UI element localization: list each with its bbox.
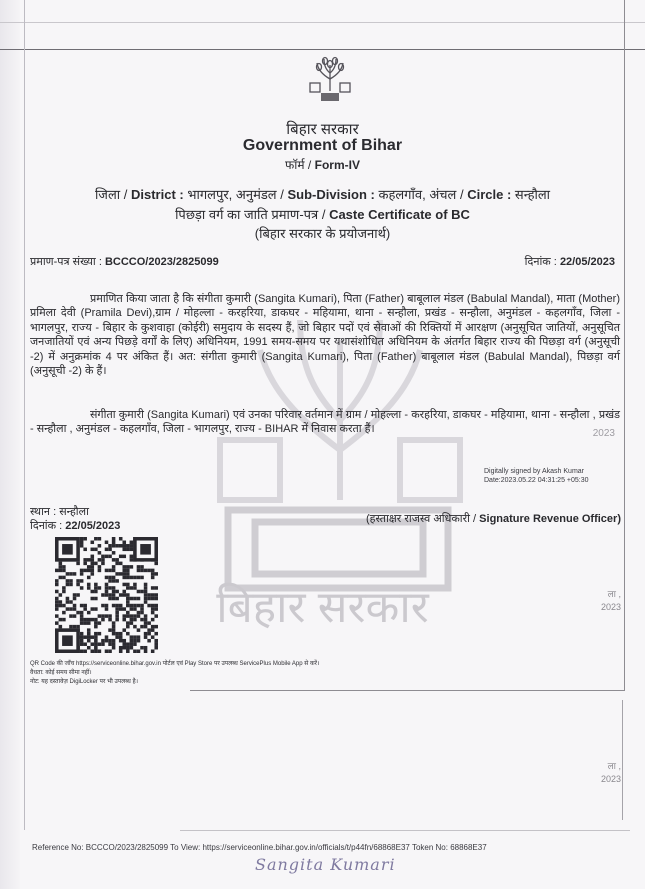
- certificate-body-paragraph: प्रमाणित किया जाता है कि संगीता कुमारी (…: [30, 292, 620, 378]
- sign-date-label: दिनांक :: [30, 520, 62, 532]
- subdivision-label: Sub-Division :: [287, 187, 374, 202]
- certificate-number-value: BCCCO/2023/2825099: [105, 256, 219, 268]
- form-label-hindi: फॉर्म /: [285, 158, 311, 172]
- fold-line: [190, 690, 625, 691]
- fold-line: [0, 22, 645, 23]
- place: स्थान : सन्हौला: [30, 504, 89, 519]
- district-label: District :: [131, 187, 184, 202]
- ghost-bleed-text: 2023: [593, 428, 615, 439]
- title-english: Government of Bihar: [0, 137, 645, 155]
- place-value: सन्हौला: [59, 506, 89, 518]
- issue-date-label: दिनांक :: [525, 256, 557, 268]
- ghost-year: 2023: [601, 601, 621, 614]
- certificate-title-hindi: पिछड़ा वर्ग का जाति प्रमाण-पत्र /: [175, 207, 325, 222]
- bihar-emblem-icon: [305, 55, 355, 105]
- certificate-title: पिछड़ा वर्ग का जाति प्रमाण-पत्र / Caste …: [0, 205, 645, 223]
- certificate-number: प्रमाण-पत्र संख्या : BCCCO/2023/2825099: [30, 254, 219, 269]
- circle-label: Circle :: [467, 187, 511, 202]
- signature-officer-hindi: (हस्ताक्षर राजस्व अधिकारी /: [366, 513, 476, 525]
- certificate-purpose: (बिहार सरकार के प्रयोजनार्थ): [0, 224, 645, 242]
- subdivision-label-hindi: अनुमंडल /: [236, 187, 284, 202]
- form-label: फॉर्म / Form-IV: [0, 156, 645, 173]
- ghost-year: 2023: [601, 773, 621, 786]
- page-border: [622, 700, 623, 820]
- qr-note-line: QR Code की जाँच https://serviceonline.bi…: [30, 660, 319, 669]
- issue-date-value: 22/05/2023: [560, 256, 615, 268]
- digilocker-note: नोट: यह दस्तावेज़ DigiLocker पर भी उपलब्…: [30, 678, 319, 687]
- digital-signature-block: Digitally signed by Akash Kumar Date:202…: [484, 467, 589, 485]
- sign-date-value: 22/05/2023: [65, 520, 120, 532]
- district-label-hindi: जिला /: [95, 187, 127, 202]
- ghost-bleed-text: ला , 2023: [601, 760, 621, 786]
- digital-signature-signer: Digitally signed by Akash Kumar: [484, 467, 589, 476]
- certificate-number-label: प्रमाण-पत्र संख्या :: [30, 256, 102, 268]
- handwritten-signature: Sangita Kumari: [255, 855, 396, 874]
- title-hindi: बिहार सरकार: [0, 119, 645, 139]
- fold-line: [180, 830, 630, 831]
- fold-line: [0, 49, 645, 50]
- ghost-text: ला ,: [601, 588, 621, 601]
- issue-date: दिनांक : 22/05/2023: [525, 254, 615, 269]
- validity-note: वैधता: कोई समय सीमा नहीं।: [30, 669, 319, 678]
- ghost-text: ला ,: [601, 760, 621, 773]
- circle-value: सन्हौला: [515, 187, 550, 202]
- ghost-bleed-text: ला , 2023: [601, 588, 621, 614]
- sign-date: दिनांक : 22/05/2023: [30, 518, 120, 533]
- digital-signature-date: Date:2023.05.22 04:31:25 +05:30: [484, 476, 589, 485]
- certificate-title-english: Caste Certificate of BC: [329, 207, 470, 222]
- form-label-english: Form-IV: [315, 158, 360, 172]
- circle-label-hindi: अंचल /: [429, 187, 463, 202]
- location-line: जिला / District : भागलपुर, अनुमंडल / Sub…: [0, 185, 645, 203]
- residence-paragraph: संगीता कुमारी (Sangita Kumari) एवं उनका …: [30, 408, 620, 437]
- qr-verification-note: QR Code की जाँच https://serviceonline.bi…: [30, 660, 319, 687]
- signature-officer-english: Signature Revenue Officer): [479, 513, 621, 525]
- district-value: भागलपुर,: [187, 187, 232, 202]
- subdivision-value: कहलगाँव,: [378, 187, 425, 202]
- place-label: स्थान :: [30, 506, 56, 518]
- reference-line: Reference No: BCCCO/2023/2825099 To View…: [32, 843, 487, 852]
- signature-officer-label: (हस्ताक्षर राजस्व अधिकारी / Signature Re…: [366, 511, 621, 526]
- qr-code[interactable]: [55, 537, 158, 653]
